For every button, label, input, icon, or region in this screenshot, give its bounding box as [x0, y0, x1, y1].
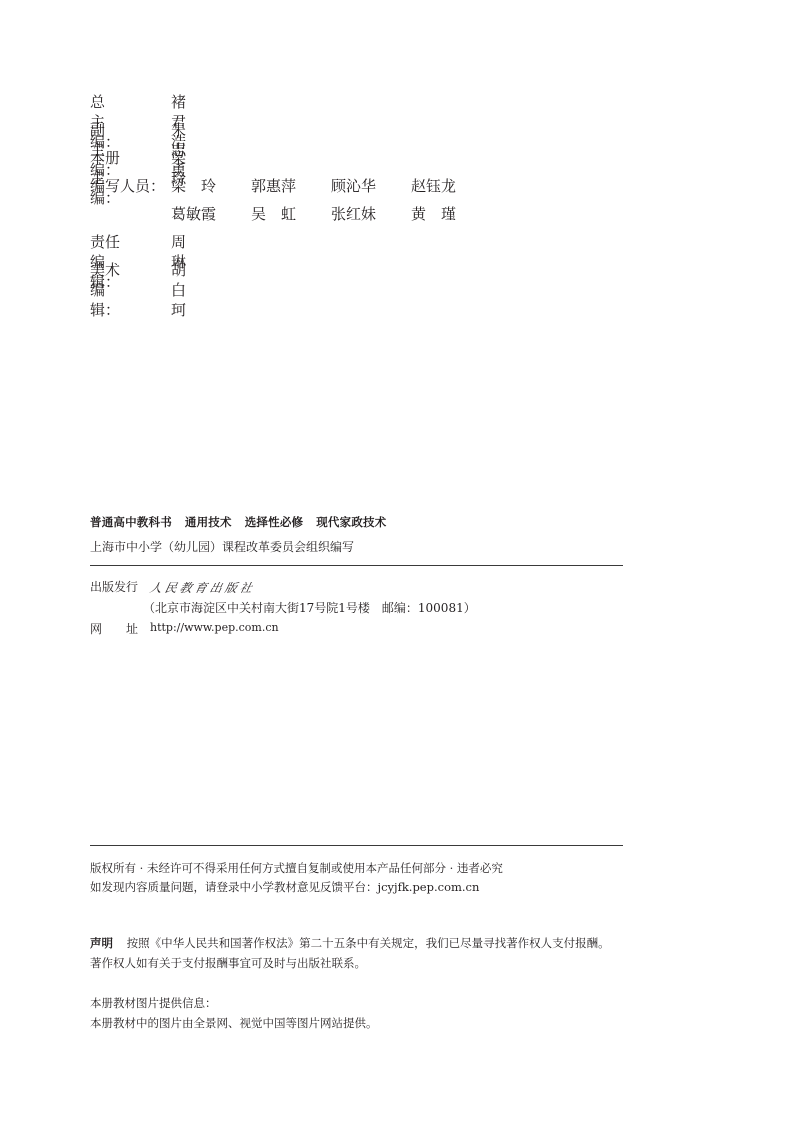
writer-name: 葛敏霞: [171, 204, 216, 224]
image-credits-title: 本册教材图片提供信息：: [90, 995, 217, 1011]
statement-line1: 声明 按照《中华人民共和国著作权法》第二十五条中有关规定，我们已尽量寻找著作权人…: [90, 935, 610, 951]
publisher-logo: 人民教育出版社: [150, 577, 255, 596]
writer-name: 郭惠萍: [251, 176, 296, 196]
writer-name: 黄 瑾: [411, 204, 456, 224]
book-series-title: 普通高中教科书通用技术选择性必修现代家政技术: [90, 514, 399, 530]
writer-name: 赵钰龙: [411, 176, 456, 196]
writer-name: 顾沁华: [331, 176, 376, 196]
credit-writers-row2: 葛敏霞 吴 虹 张红妹 黄 瑾: [90, 204, 490, 224]
series-part: 普通高中教科书: [90, 515, 172, 529]
website-link[interactable]: http://www.pep.com.cn: [150, 621, 279, 634]
series-part: 选择性必修: [245, 515, 304, 529]
credit-label: 美术编辑：: [90, 260, 120, 320]
credit-name: 胡白珂: [171, 260, 186, 320]
writer-name: 吴 虹: [251, 204, 296, 224]
feedback-notice: 如发现内容质量问题，请登录中小学教材意见反馈平台：jcyjfk.pep.com.…: [90, 879, 479, 895]
image-credits-text: 本册教材中的图片由全景网、视觉中国等图片网站提供。: [90, 1015, 378, 1031]
statement-text: 按照《中华人民共和国著作权法》第二十五条中有关规定，我们已尽量寻找著作权人支付报…: [127, 936, 610, 950]
statement-line2: 著作权人如有关于支付报酬事宜可及时与出版社联系。: [90, 955, 366, 971]
statement-label: 声明: [90, 936, 113, 950]
divider-top: [90, 565, 623, 566]
rights-notice: 版权所有 · 未经许可不得采用任何方式擅自复制或使用本产品任何部分 · 违者必究: [90, 860, 503, 876]
series-part: 现代家政技术: [316, 515, 386, 529]
publisher-name-script: 人民教育出版社: [148, 579, 257, 596]
compiler-line: 上海市中小学（幼儿园）课程改革委员会组织编写: [90, 538, 354, 555]
writer-name: 梁 玲: [171, 176, 216, 196]
publisher-address: （北京市海淀区中关村南大街17号院1号楼 邮编：100081）: [143, 599, 476, 616]
credit-label: 编写人员：: [90, 176, 165, 196]
series-part: 通用技术: [185, 515, 232, 529]
writer-name: 张红妹: [331, 204, 376, 224]
website-label: 网 址: [90, 620, 138, 637]
publisher-label: 出版发行: [90, 578, 138, 595]
credit-writers: 编写人员： 梁 玲 郭惠萍 顾沁华 赵钰龙: [90, 176, 490, 196]
divider-bottom: [90, 845, 623, 846]
